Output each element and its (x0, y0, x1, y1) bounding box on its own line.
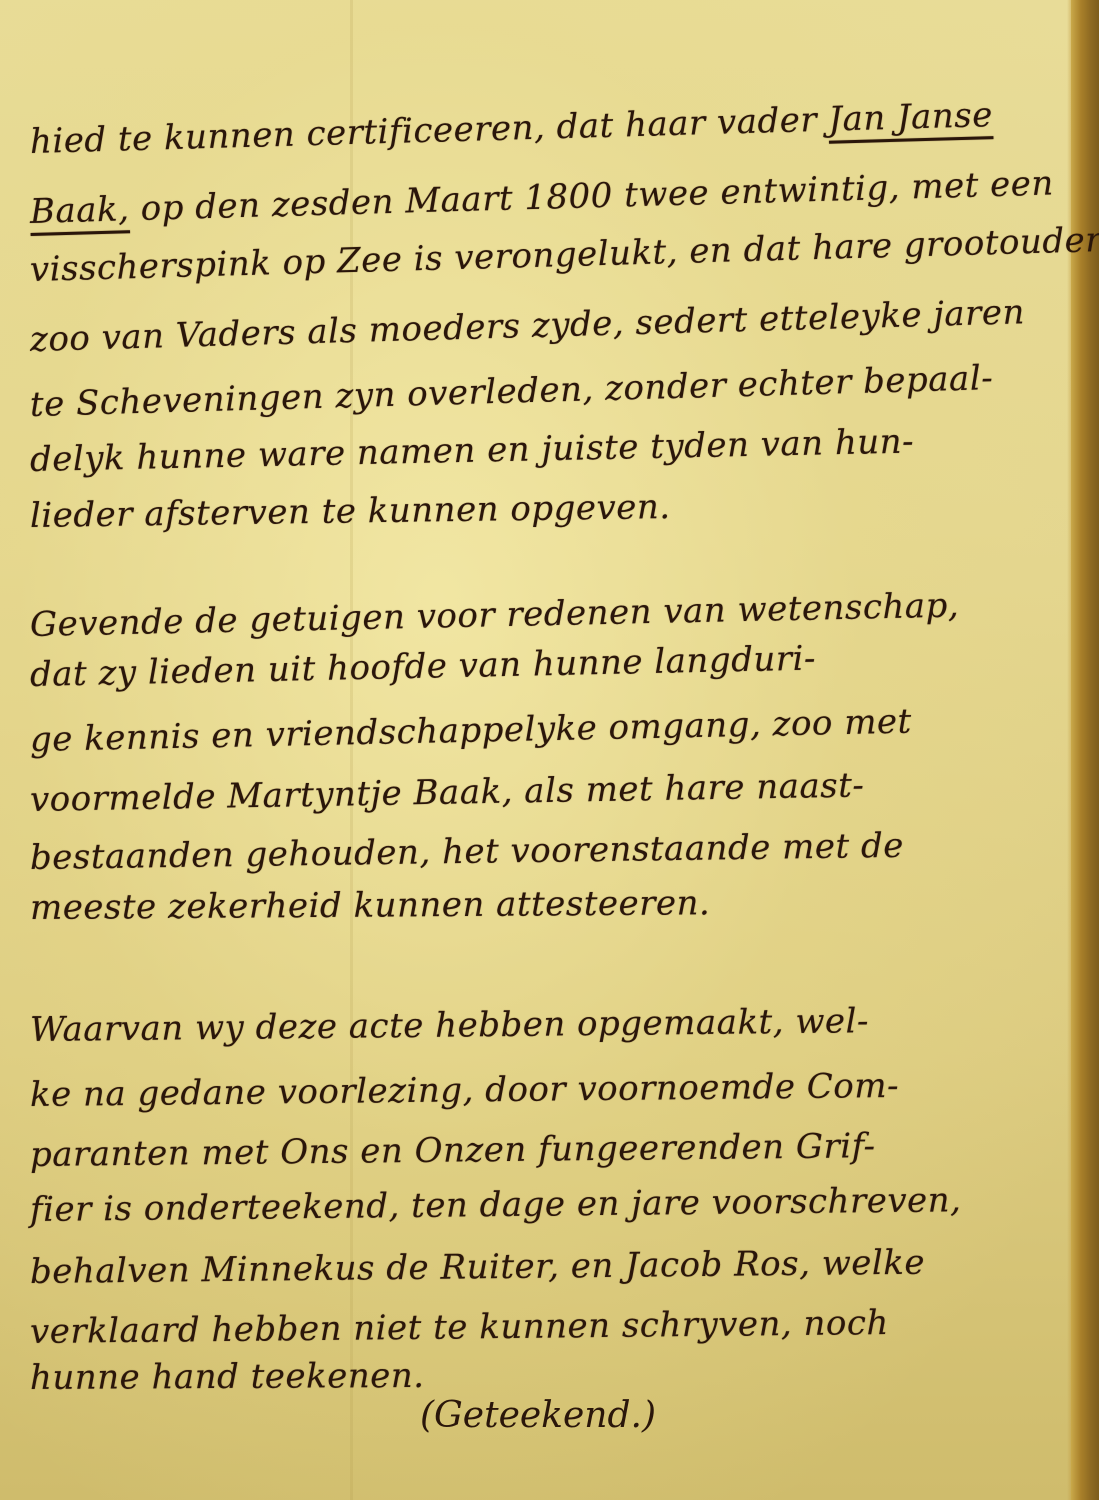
text-line: behalven Minnekus de Ruiter, en Jacob Ro… (30, 1243, 925, 1292)
text-line: fier is onderteekend, ten dage en jare v… (30, 1180, 962, 1230)
text-line: voormelde Martyntje Baak, als met hare n… (30, 765, 865, 820)
text-line: bestaanden gehouden, het voorenstaande m… (30, 826, 904, 878)
text-line: meeste zekerheid kunnen attesteeren. (30, 883, 711, 928)
text-line: lieder afsterven te kunnen opgeven. (30, 487, 671, 536)
text-line: visscherspink op Zee is verongelukt, en … (29, 220, 1099, 290)
text-line: hunne hand teekenen. (30, 1356, 425, 1398)
line-text: hied te kunnen certificeeren, dat haar v… (29, 100, 817, 162)
underlined-name: Baak, (29, 189, 130, 232)
text-line: ke na gedane voorlezing, door voornoemde… (30, 1066, 899, 1115)
text-line: delyk hunne ware namen en juiste tyden v… (30, 421, 915, 480)
text-line: paranten met Ons en Onzen fungeerenden G… (30, 1126, 876, 1175)
signature-note: (Geteekend.) (420, 1395, 656, 1436)
text-line: Baak, op den zesden Maart 1800 twee entw… (29, 163, 1054, 232)
text-line: ge kennis en vriendschappelyke omgang, z… (30, 702, 913, 760)
text-line: hied te kunnen certificeeren, dat haar v… (29, 95, 993, 162)
underlined-name: Jan Janse (828, 95, 994, 140)
text-line: verklaard hebben niet te kunnen schryven… (30, 1303, 889, 1352)
text-line: zoo van Vaders als moeders zyde, sedert … (29, 292, 1025, 360)
line-text: op den zesden Maart 1800 twee entwintig,… (140, 163, 1054, 228)
text-line: Gevende de getuigen voor redenen van wet… (30, 586, 960, 645)
text-line: dat zy lieden uit hoofde van hunne langd… (30, 639, 817, 695)
text-line: Waarvan wy deze acte hebben opgemaakt, w… (30, 1001, 869, 1050)
parchment-page: hied te kunnen certificeeren, dat haar v… (0, 0, 1099, 1500)
text-line: te Scheveningen zyn overleden, zonder ec… (29, 358, 993, 425)
